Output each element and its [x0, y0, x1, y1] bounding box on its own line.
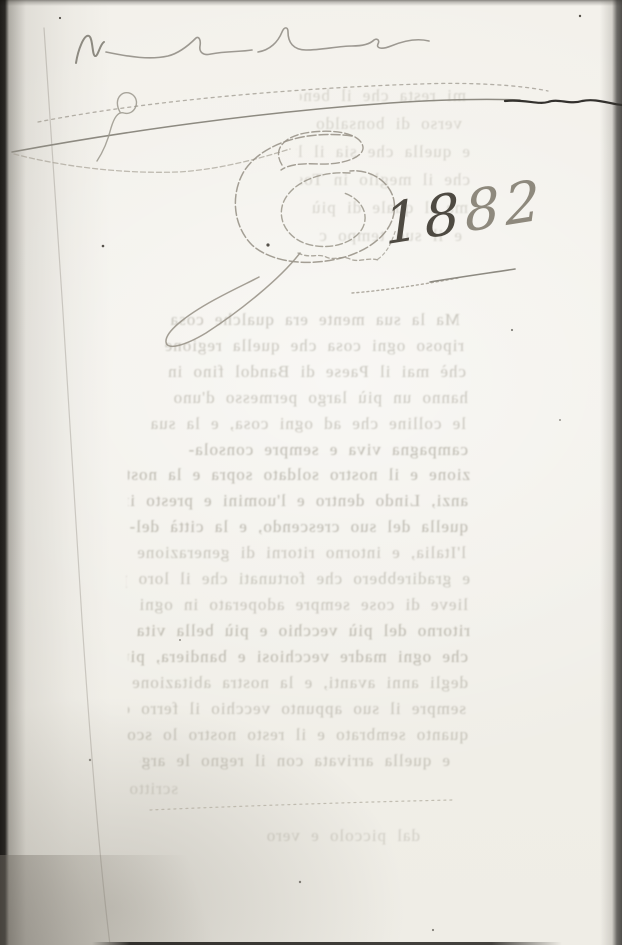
pencil-artwork: [0, 0, 622, 945]
signature-stroke: [76, 28, 429, 63]
scanned-page: mi resta che il bene verso di bonsaldo e…: [0, 0, 622, 945]
sweep-line-return: [14, 149, 290, 172]
sweep-line-lower: [12, 99, 520, 152]
sweep-lines: [12, 83, 622, 172]
dust-specks: [59, 15, 581, 931]
sweep-line-upper: [38, 83, 548, 122]
page-crease-line: [44, 28, 110, 945]
year-underline: [352, 269, 515, 293]
sweep-line-dark-end: [505, 100, 622, 105]
year-first-digits: 18: [383, 180, 467, 258]
flourish-initial: [166, 131, 396, 346]
year-last-digits: 82: [463, 168, 547, 246]
faint-rule-line: [150, 800, 452, 810]
knot-loop: [97, 93, 136, 161]
flourish-descender: [166, 253, 300, 346]
